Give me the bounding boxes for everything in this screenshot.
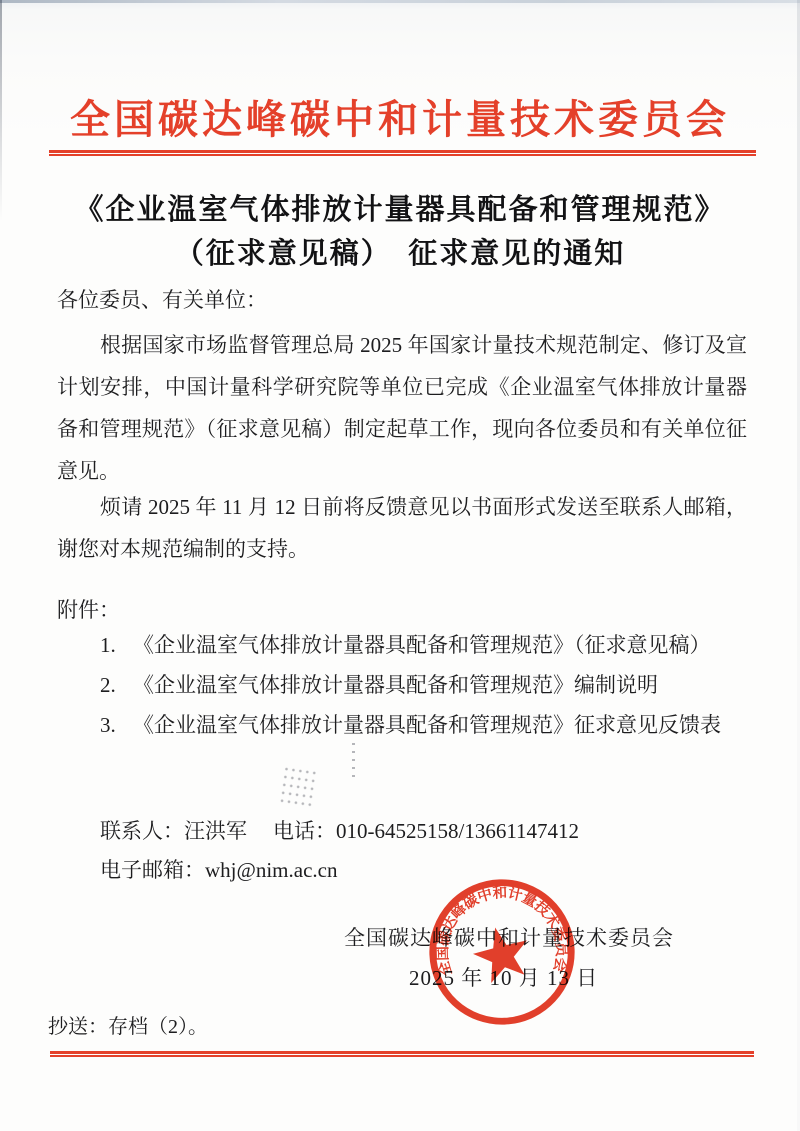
seal-star-icon <box>472 926 528 983</box>
scan-smudge <box>278 766 319 811</box>
salutation: 各位委员、有关单位： <box>57 280 747 321</box>
attachment-number: 2. <box>100 673 133 698</box>
attachment-text: 《企业温室气体排放计量器具配备和管理规范》征求意见反馈表 <box>133 713 721 737</box>
contact-person-name: 汪洪军 <box>184 819 247 843</box>
attachment-item: 3.《企业温室气体排放计量器具配备和管理规范》征求意见反馈表 <box>100 709 721 739</box>
contact-phone-label: 电话： <box>273 819 336 843</box>
body-line: 意见。 <box>57 451 747 492</box>
attachment-text: 《企业温室气体排放计量器具配备和管理规范》编制说明 <box>133 673 658 697</box>
attachments-label: 附件： <box>57 590 747 631</box>
contact-email-address: whj@nim.ac.cn <box>205 858 337 882</box>
attachment-item: 2.《企业温室气体排放计量器具配备和管理规范》编制说明 <box>100 669 658 699</box>
document-title-line2: （征求意见稿） 征求意见的通知 <box>0 232 800 276</box>
scanned-notice-page: 全国碳达峰碳中和计量技术委员会 《企业温室气体排放计量器具配备和管理规范》 （征… <box>0 0 800 1131</box>
body-line: 根据国家市场监督管理总局 2025 年国家计量技术规范制定、修订及宣贯 <box>57 325 747 366</box>
contact-email-label: 电子邮箱： <box>100 858 205 882</box>
contact-person-label: 联系人： <box>100 819 184 843</box>
body-line: 烦请 2025 年 11 月 12 日前将反馈意见以书面形式发送至联系人邮箱，感 <box>57 487 747 528</box>
document-title-line1: 《企业温室气体排放计量器具配备和管理规范》 <box>0 188 800 232</box>
body-line: 计划安排，中国计量科学研究院等单位已完成《企业温室气体排放计量器具配 <box>57 367 747 408</box>
committee-letterhead: 全国碳达峰碳中和计量技术委员会 <box>0 88 800 145</box>
attachment-text: 《企业温室气体排放计量器具配备和管理规范》（征求意见稿） <box>133 633 711 657</box>
cc-note: 抄送：存档（2）。 <box>48 1010 208 1039</box>
attachment-number: 1. <box>100 633 133 658</box>
scan-edge-top <box>0 0 800 3</box>
footer-rule <box>50 1051 754 1057</box>
attachment-number: 3. <box>100 713 133 738</box>
body-line: 谢您对本规范编制的支持。 <box>57 529 747 570</box>
contact-line: 电子邮箱：whj@nim.ac.cn <box>100 854 337 884</box>
contact-phone-number: 010-64525158/13661147412 <box>336 819 579 843</box>
attachment-item: 1.《企业温室气体排放计量器具配备和管理规范》（征求意见稿） <box>100 629 711 659</box>
letterhead-rule <box>49 150 756 156</box>
contact-line: 联系人：汪洪军电话：010-64525158/13661147412 <box>100 815 579 845</box>
document-title: 《企业温室气体排放计量器具配备和管理规范》 （征求意见稿） 征求意见的通知 <box>0 188 800 276</box>
official-seal: 全国碳达峰碳中和计量技术委员会 <box>421 871 582 1032</box>
scan-smudge <box>352 743 355 777</box>
body-line: 备和管理规范》（征求意见稿）制定起草工作，现向各位委员和有关单位征求 <box>57 409 747 450</box>
